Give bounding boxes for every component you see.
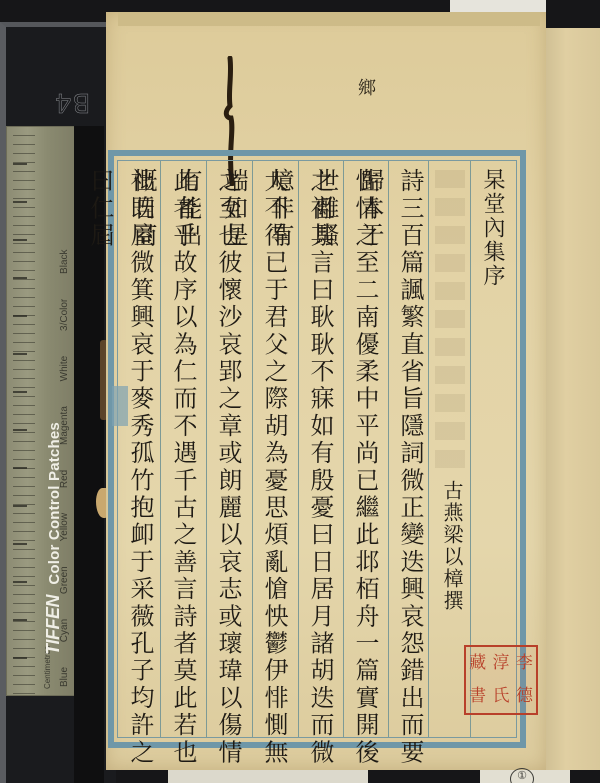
text-column-3: 之祖其言曰耿耿不寐如有殷憂曰日居月諸胡迭而微噫非有 bbox=[300, 168, 340, 783]
seal-char: 藏 bbox=[466, 647, 489, 680]
fish-tail-mark: 鄉 bbox=[352, 78, 378, 96]
text-column-4: 大不得已于君父之際胡為憂思煩亂愴怏鬱伊悱惻無端如是 bbox=[254, 168, 294, 783]
text-column-6: 此者乎故序以為仁而不遇千古之善言詩者莫此若也慨自商 bbox=[163, 168, 203, 783]
seal-char: 氏 bbox=[489, 680, 512, 713]
patch-label: Red bbox=[59, 470, 70, 488]
card-label: B4 bbox=[54, 87, 90, 117]
patch-labels: Blue Cyan Green Yellow Red Magenta White… bbox=[59, 227, 70, 687]
text-column-1: 詩三百篇諷繁直省旨隱詞微正變迭興哀怨錯出而要歸本于 bbox=[390, 168, 430, 783]
seal-char: 淳 bbox=[489, 647, 512, 680]
red-collector-seal: 藏 淳 李 書 氏 德 bbox=[464, 645, 538, 715]
color-control-strip: Centimetres TIFFEN Color Control Patches… bbox=[6, 126, 76, 696]
underlying-paper bbox=[168, 770, 368, 783]
text-column-5: 之至也彼懷沙哀郢之章或朗麗以哀志或瓌瑋以傷情有能出 bbox=[208, 168, 248, 783]
seal-char: 李 bbox=[513, 647, 536, 680]
author-line: 古燕梁以樟撰 bbox=[432, 480, 472, 612]
seal-char: 書 bbox=[466, 680, 489, 713]
blue-ink-blot bbox=[112, 386, 128, 426]
patch-label: Yellow bbox=[59, 513, 70, 542]
text-column-2: 性情之至二南優柔中平尚已繼此邶栢舟一篇實開後世離騷 bbox=[345, 168, 385, 783]
patch-label: Green bbox=[59, 566, 70, 594]
next-page-edge bbox=[540, 28, 600, 770]
circled-number-mark: ① bbox=[510, 768, 534, 783]
patch-label: 3/Color bbox=[59, 299, 70, 331]
patch-label: Blue bbox=[59, 667, 70, 687]
seal-char: 德 bbox=[513, 680, 536, 713]
show-through-text bbox=[435, 170, 465, 470]
page-top-edge bbox=[118, 12, 540, 26]
patch-label: Magenta bbox=[59, 406, 70, 445]
preface-title: 杲堂內集序 bbox=[472, 168, 512, 288]
patch-label: Black bbox=[59, 249, 70, 273]
patch-label: White bbox=[59, 356, 70, 382]
patch-label: Cyan bbox=[59, 619, 70, 642]
faint-blue-stamp bbox=[110, 640, 128, 740]
strip-text: Centimetres TIFFEN Color Control Patches… bbox=[7, 127, 75, 695]
